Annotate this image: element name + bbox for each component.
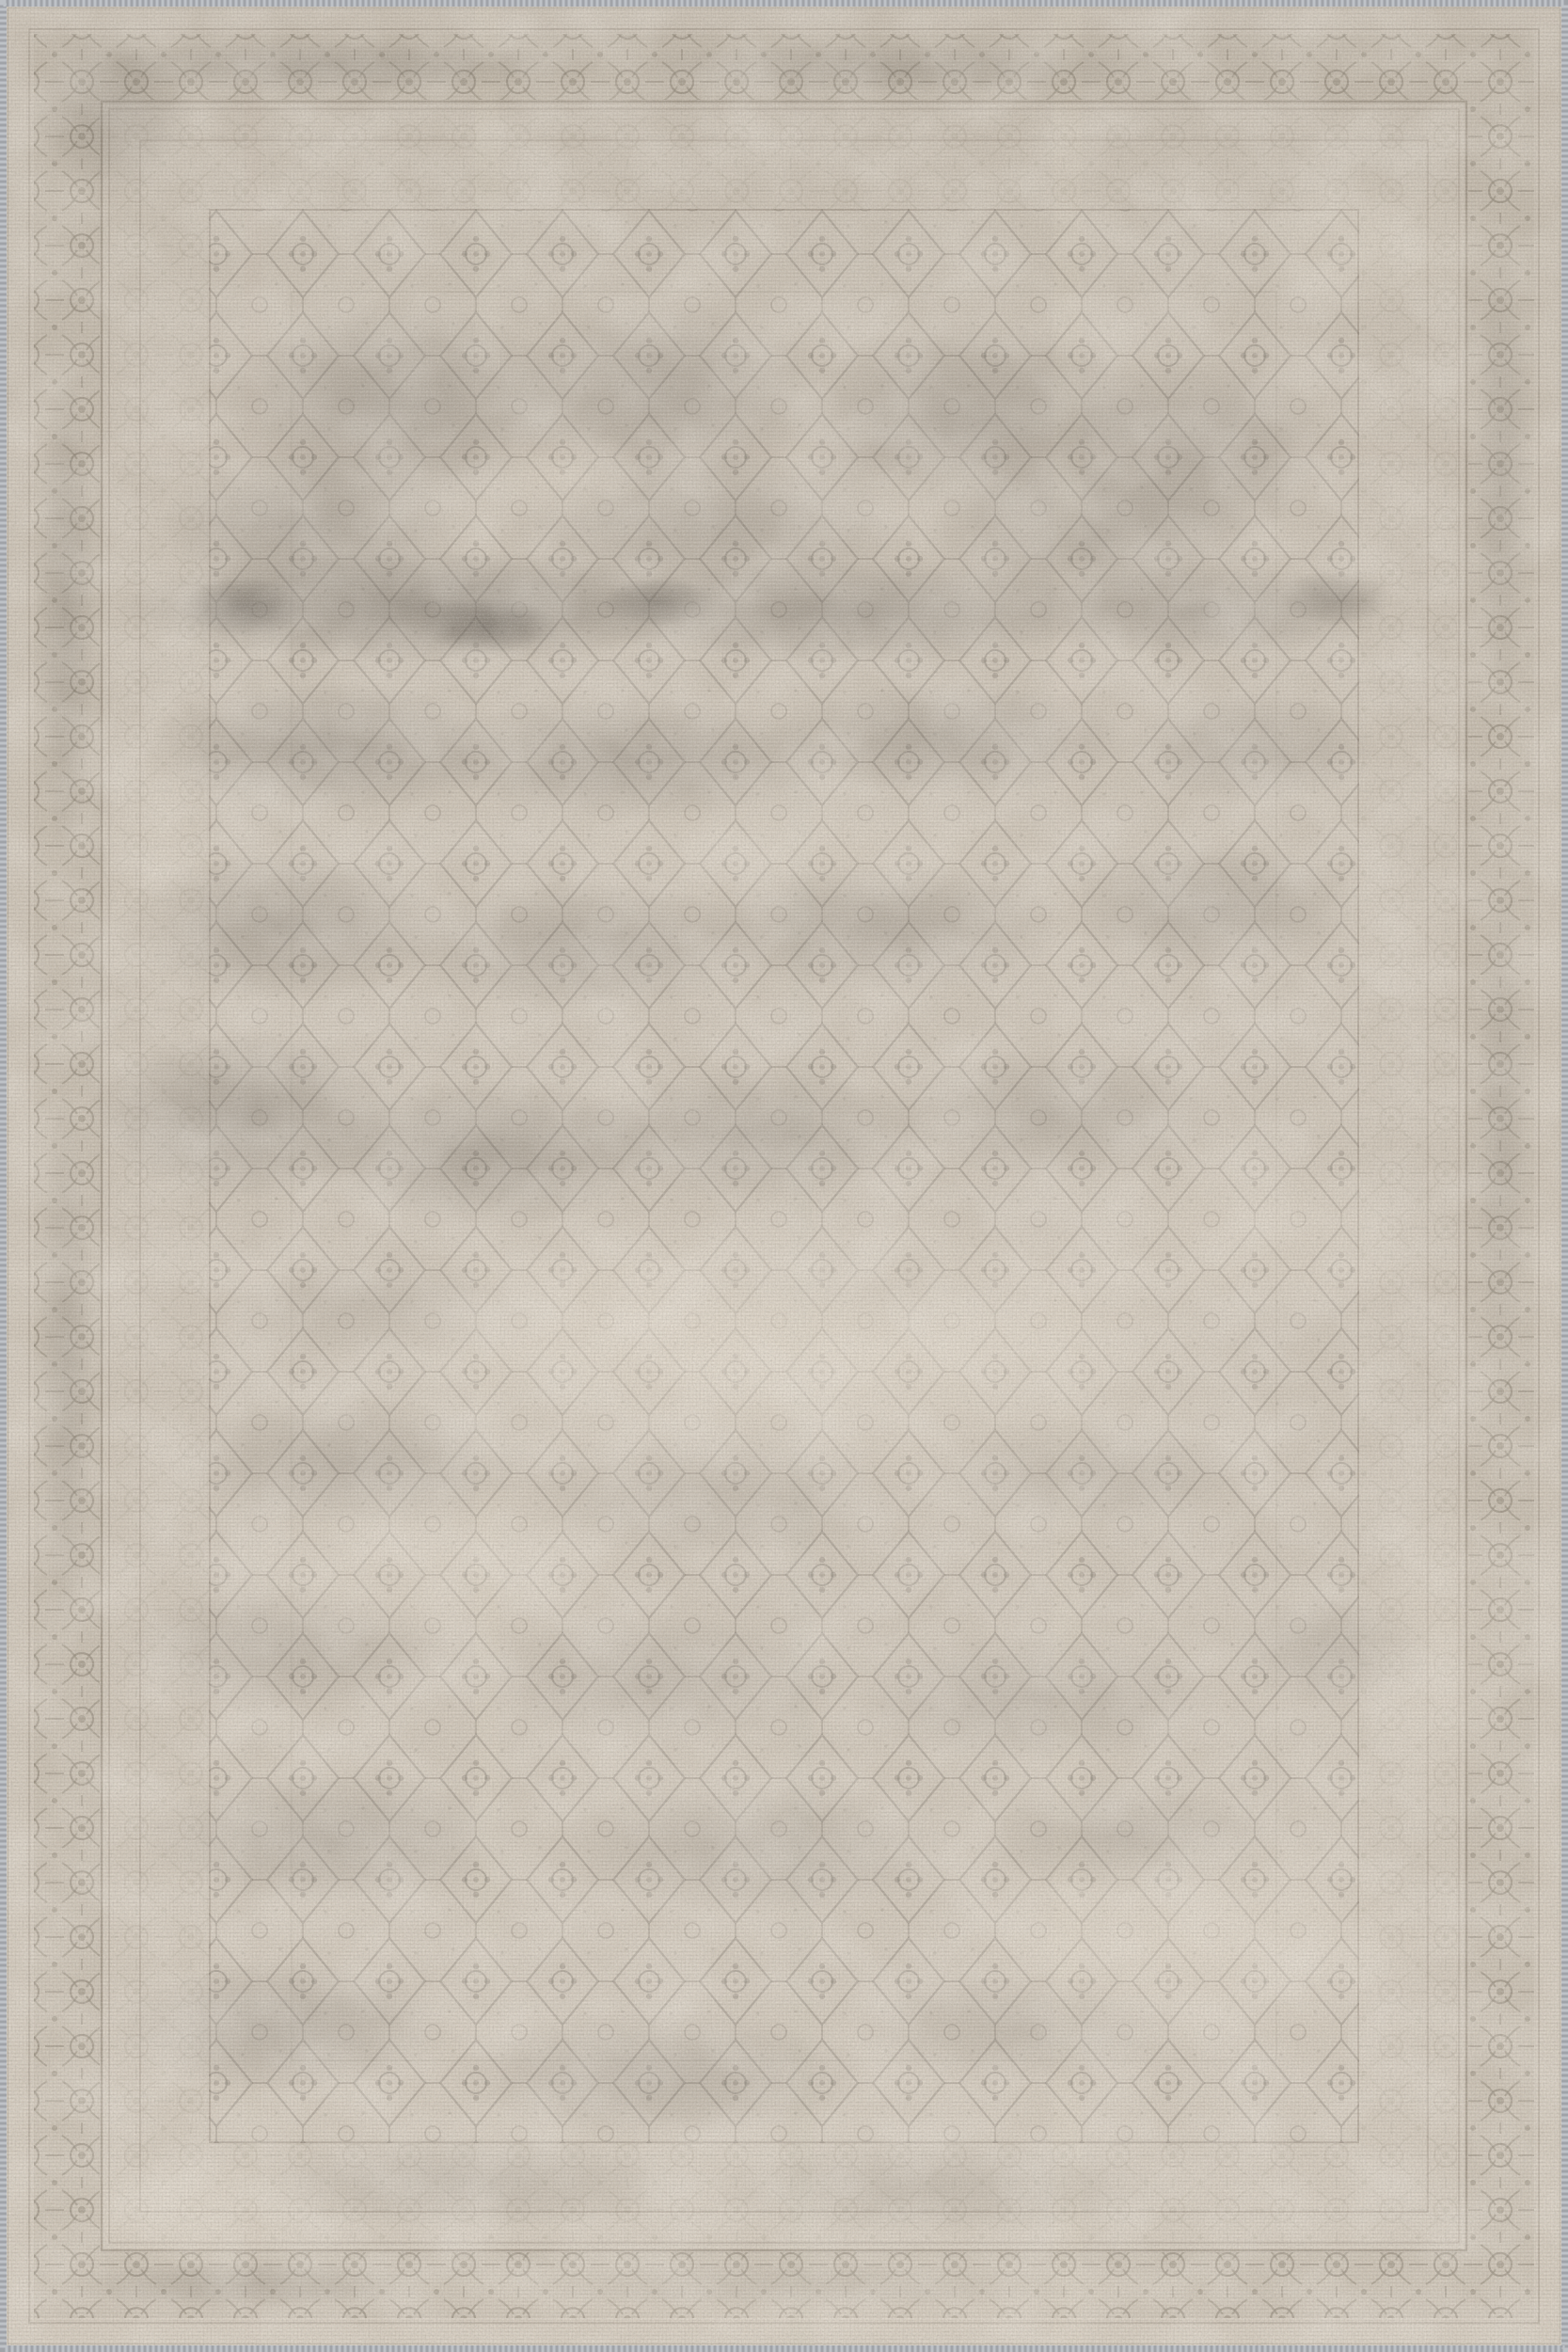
rug-texture-noise xyxy=(0,0,1568,2352)
rug-illustration: Vintage faded oriental area rug, top-dow… xyxy=(0,0,1568,2352)
rug-product-photo: Vintage faded oriental area rug, top-dow… xyxy=(0,0,1568,2352)
